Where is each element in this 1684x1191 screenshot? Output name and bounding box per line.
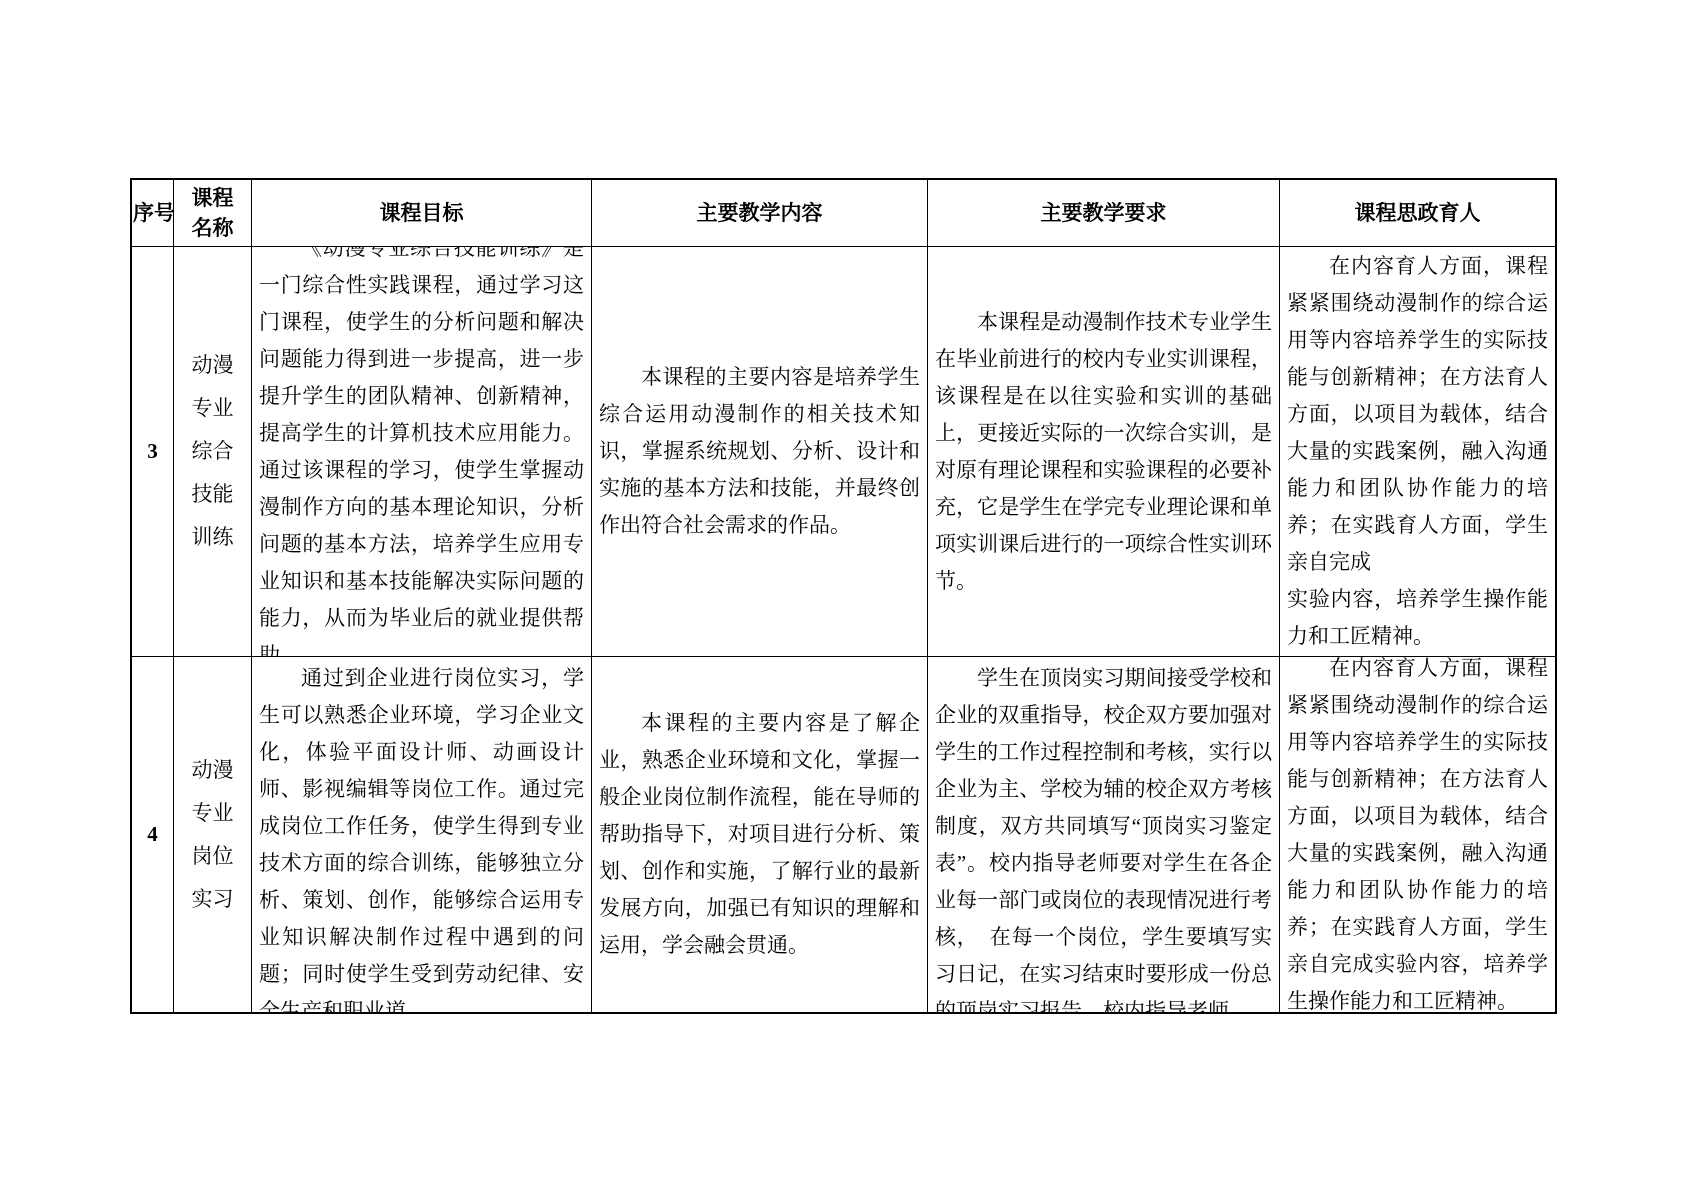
header-cell-no: 序号 — [132, 180, 174, 247]
row3-requirements-cell: 本课程是动漫制作技术专业学生在毕业前进行的校内专业实训课程，该课程是在以往实验和… — [928, 247, 1280, 657]
row3-content-text: 本课程的主要内容是培养学生综合运用动漫制作的相关技术知识，掌握系统规划、分析、设… — [599, 359, 920, 544]
header-cell-course-name: 课程名称 — [174, 180, 252, 247]
row4-course-name-cell: 动漫专业岗位实习 — [174, 657, 252, 1012]
row3-no: 3 — [147, 439, 158, 464]
header-cell-content: 主要教学内容 — [592, 180, 928, 247]
header-cell-ideology: 课程思政育人 — [1280, 180, 1555, 247]
row4-course-name: 动漫专业岗位实习 — [191, 749, 235, 921]
header-label-no: 序号 — [132, 198, 174, 228]
row3-objectives-text: 《动漫专业综合技能训练》是一门综合性实践课程，通过学习这门课程，使学生的分析问题… — [259, 247, 584, 657]
row4-content-text: 本课程的主要内容是了解企业，熟悉企业环境和文化，掌握一般企业岗位制作流程，能在导… — [599, 705, 920, 964]
row3-requirements-text: 本课程是动漫制作技术专业学生在毕业前进行的校内专业实训课程，该课程是在以往实验和… — [935, 304, 1272, 600]
header-label-requirements: 主要教学要求 — [928, 198, 1279, 228]
row4-no-cell: 4 — [132, 657, 174, 1012]
row3-course-name-cell: 动漫专业综合技能训练 — [174, 247, 252, 657]
row3-course-name: 动漫专业综合技能训练 — [191, 344, 235, 559]
row3-objectives-cell: 《动漫专业综合技能训练》是一门综合性实践课程，通过学习这门课程，使学生的分析问题… — [252, 247, 592, 657]
row4-objectives-cell: 通过到企业进行岗位实习，学生可以熟悉企业环境，学习企业文化，体验平面设计师、动画… — [252, 657, 592, 1012]
document-page: { "table": { "headers": { "no": "序号", "c… — [0, 0, 1684, 1191]
row3-content-cell: 本课程的主要内容是培养学生综合运用动漫制作的相关技术知识，掌握系统规划、分析、设… — [592, 247, 928, 657]
header-label-content: 主要教学内容 — [592, 198, 927, 228]
row4-requirements-cell: 学生在顶岗实习期间接受学校和企业的双重指导，校企双方要加强对学生的工作过程控制和… — [928, 657, 1280, 1012]
row4-ideology-text: 在内容育人方面，课程紧紧围绕动漫制作的综合运用等内容培养学生的实际技能与创新精神… — [1287, 657, 1548, 1012]
row4-ideology-cell: 在内容育人方面，课程紧紧围绕动漫制作的综合运用等内容培养学生的实际技能与创新精神… — [1280, 657, 1555, 1012]
header-label-ideology: 课程思政育人 — [1280, 198, 1555, 228]
row4-requirements-text: 学生在顶岗实习期间接受学校和企业的双重指导，校企双方要加强对学生的工作过程控制和… — [935, 660, 1272, 1012]
course-table: 序号 课程名称 课程目标 主要教学内容 主要教学要求 课程思政育人 3 动漫专业… — [130, 178, 1557, 1014]
row4-no: 4 — [147, 822, 158, 847]
header-cell-requirements: 主要教学要求 — [928, 180, 1280, 247]
row3-ideology-cell: 在内容育人方面，课程紧紧围绕动漫制作的综合运用等内容培养学生的实际技能与创新精神… — [1280, 247, 1555, 657]
header-label-objectives: 课程目标 — [252, 198, 591, 228]
header-label-course-name: 课程名称 — [191, 183, 235, 243]
row4-content-cell: 本课程的主要内容是了解企业，熟悉企业环境和文化，掌握一般企业岗位制作流程，能在导… — [592, 657, 928, 1012]
header-cell-objectives: 课程目标 — [252, 180, 592, 247]
row3-ideology-text: 在内容育人方面，课程紧紧围绕动漫制作的综合运用等内容培养学生的实际技能与创新精神… — [1287, 248, 1548, 655]
row4-objectives-text: 通过到企业进行岗位实习，学生可以熟悉企业环境，学习企业文化，体验平面设计师、动画… — [259, 660, 584, 1012]
row3-no-cell: 3 — [132, 247, 174, 657]
